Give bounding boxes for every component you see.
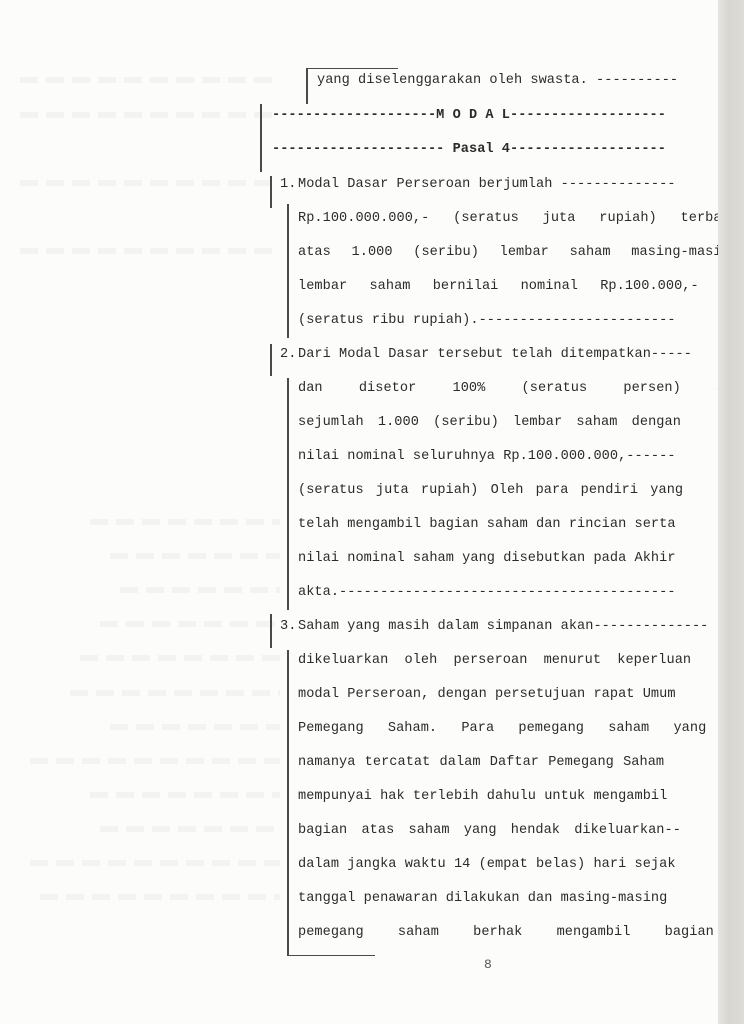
clause-3-line-9: tanggal penawaran dilakukan dan masing-m… bbox=[298, 891, 667, 907]
continuation-line: yang diselenggarakan oleh swasta. ------… bbox=[317, 73, 678, 89]
bottom-bracket-line bbox=[287, 955, 375, 956]
section-heading-modal: --------------------M O D A L-----------… bbox=[272, 108, 666, 124]
page-number: 8 bbox=[484, 957, 492, 972]
clause-1-body-bracket bbox=[287, 204, 289, 338]
clause-3-number: 3. bbox=[280, 619, 296, 635]
show-through-text bbox=[20, 248, 280, 254]
heading-bracket bbox=[260, 104, 262, 172]
clause-1-line-2: Rp.100.000.000,-(seratusjutarupiah)terba… bbox=[298, 211, 738, 227]
clause-1-line-5: (seratus ribu rupiah).------------------… bbox=[298, 313, 676, 329]
clause-3-line-7: bagian atas saham yang hendak dikeluarka… bbox=[298, 823, 681, 839]
clause-2-line-7: nilai nominal saham yang disebutkan pada… bbox=[298, 551, 676, 567]
clause-1-line-1: Modal Dasar Perseroan berjumlah --------… bbox=[298, 177, 676, 193]
clause-2-line-2: dan disetor 100% (seratus persen) atau bbox=[298, 381, 744, 397]
show-through-text bbox=[100, 621, 280, 627]
clause-3-line-3: modal Perseroan, dengan persetujuan rapa… bbox=[298, 687, 676, 703]
clause-3-line-2: dikeluarkan oleh perseroan menurut keper… bbox=[298, 653, 691, 669]
page-edge-shadow bbox=[718, 0, 744, 1024]
clause-1-number: 1. bbox=[280, 177, 296, 193]
clause-1-line-3: atas1.000(seribu)lembarsahammasing-masin… bbox=[298, 245, 738, 261]
clause-2-body-bracket bbox=[287, 378, 289, 610]
clause-3-line-1: Saham yang masih dalam simpanan akan----… bbox=[298, 619, 708, 635]
show-through-text bbox=[100, 826, 280, 832]
clause-2-line-5: (seratus juta rupiah) Oleh para pendiri … bbox=[298, 483, 683, 499]
clause-3-line-6: mempunyai hak terlebih dahulu untuk meng… bbox=[298, 789, 667, 805]
show-through-text bbox=[80, 655, 280, 661]
clause-3-number-bracket bbox=[270, 614, 272, 648]
show-through-text bbox=[90, 792, 280, 798]
show-through-text bbox=[120, 587, 280, 593]
clause-3-line-4: Pemegang Saham. Para pemegang saham yang bbox=[298, 721, 706, 737]
clause-2-number-bracket bbox=[270, 344, 272, 376]
scanned-page: yang diselenggarakan oleh swasta. ------… bbox=[0, 0, 744, 1024]
clause-2-line-1: Dari Modal Dasar tersebut telah ditempat… bbox=[298, 347, 692, 363]
clause-3-line-8: dalam jangka waktu 14 (empat belas) hari… bbox=[298, 857, 676, 873]
show-through-text bbox=[40, 894, 280, 900]
show-through-text bbox=[70, 690, 280, 696]
show-through-text bbox=[30, 860, 280, 866]
clause-3-line-10: pemegang saham berhak mengambil bagian bbox=[298, 925, 714, 941]
clause-2-line-8: akta.-----------------------------------… bbox=[298, 585, 676, 601]
top-bracket-line bbox=[306, 68, 398, 69]
clause-2-line-6: telah mengambil bagian saham dan rincian… bbox=[298, 517, 676, 533]
clause-1-line-4: lembar saham bernilai nominal Rp.100.000… bbox=[298, 279, 699, 295]
clause-3-body-bracket bbox=[287, 650, 289, 956]
show-through-text bbox=[110, 553, 280, 559]
article-heading-pasal-4: --------------------- Pasal 4-----------… bbox=[272, 142, 666, 158]
show-through-text bbox=[30, 758, 280, 764]
top-bracket-vertical bbox=[306, 68, 308, 104]
show-through-text bbox=[20, 180, 280, 186]
show-through-text bbox=[20, 112, 280, 118]
clause-2-number: 2. bbox=[280, 347, 296, 363]
clause-2-line-4: nilai nominal seluruhnya Rp.100.000.000,… bbox=[298, 449, 676, 465]
show-through-text bbox=[20, 77, 280, 83]
clause-2-line-3: sejumlah 1.000 (seribu) lembar saham den… bbox=[298, 415, 681, 431]
show-through-text bbox=[110, 724, 280, 730]
show-through-text bbox=[90, 519, 280, 525]
clause-3-line-5: namanya tercatat dalam Daftar Pemegang S… bbox=[298, 755, 664, 771]
clause-1-number-bracket bbox=[270, 176, 272, 208]
